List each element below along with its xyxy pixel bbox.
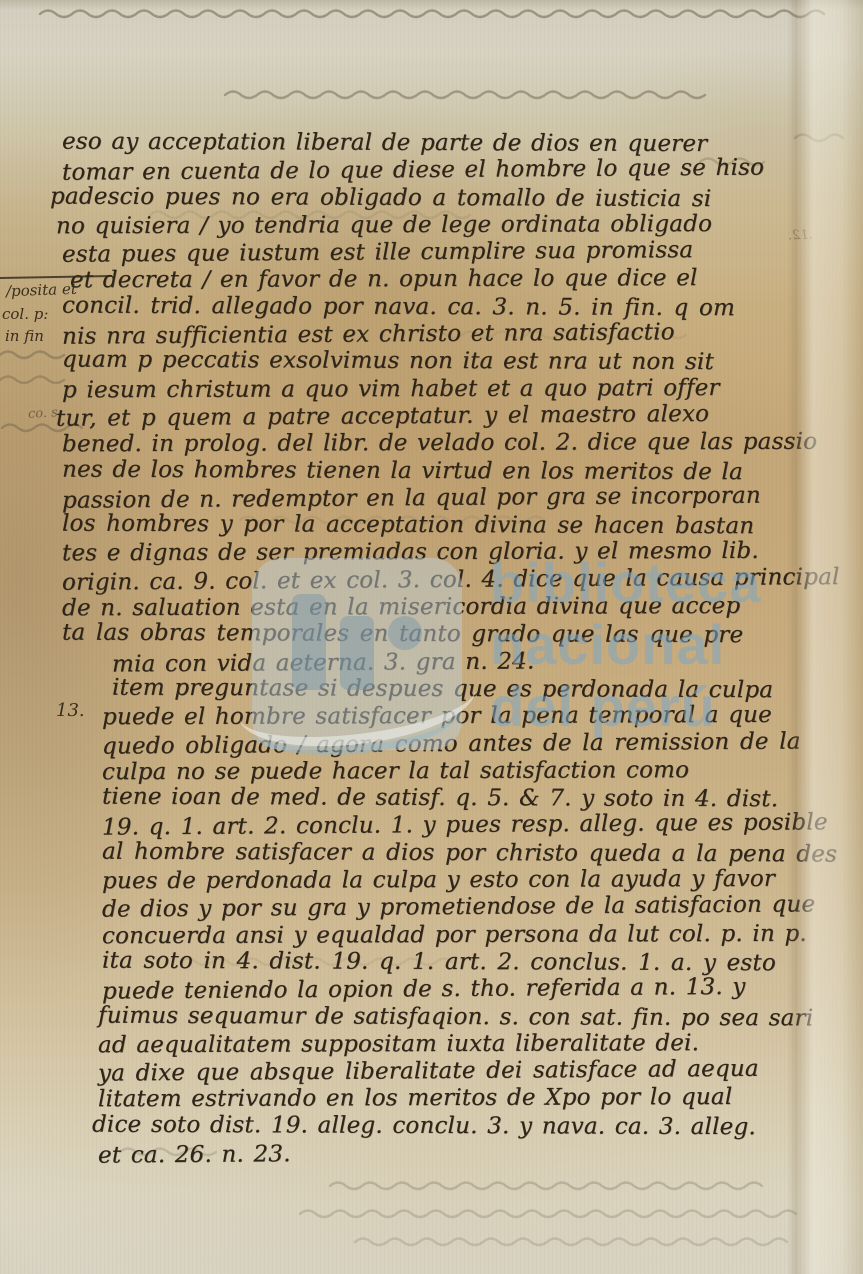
bleedthrough-number-12: .12. — [788, 228, 813, 244]
margin-note-in-fin: in fin — [5, 327, 44, 345]
margin-rule — [0, 275, 112, 279]
manuscript-page: eso ay acceptation liberal de parte de d… — [0, 0, 863, 1274]
margin-note-co-s: co. s. — [28, 405, 63, 422]
margin-note-col-p: col. p: — [2, 305, 48, 323]
marginalia: /posita et col. p: in fin co. s. 13. .12… — [0, 0, 863, 1274]
margin-note-posita: /posita et — [6, 280, 77, 300]
margin-number-13: 13. — [56, 700, 85, 721]
